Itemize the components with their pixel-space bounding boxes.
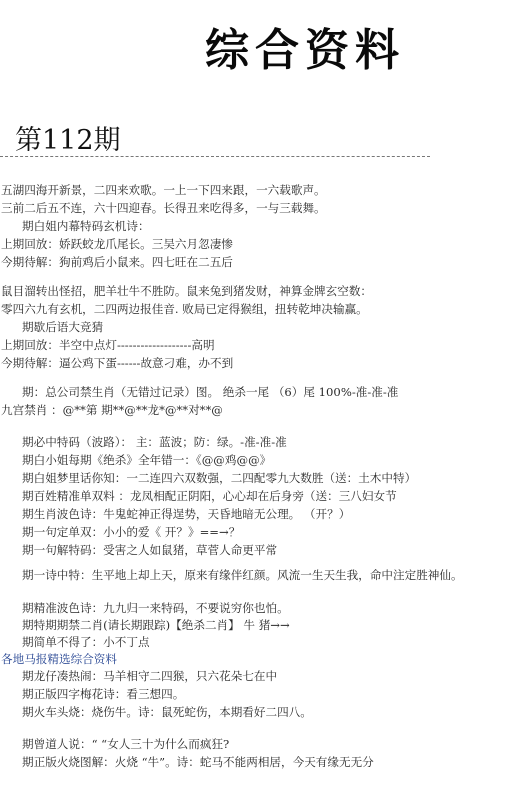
list-item: 期曾道人说：“ “女人三十为什么而疯狂?: [22, 736, 229, 752]
poem2-line: 鼠目溜转出怪招，肥羊壮牛不胜防。鼠来兔到猪发财，神算金牌玄空数：: [1, 283, 372, 299]
issue-number: 第112期: [15, 118, 121, 157]
poem-line: 五湖四海开新景，二四来欢歌。一上一下四来跟，一六载歌声。: [1, 182, 326, 198]
list-item: 期百姓精准单双料 ：龙凤相配正阴阳，心心却在后身旁（送：三八妇女节: [22, 488, 397, 504]
list-item: 期精准波色诗：九九归一来特码，不要说穷你也怕。: [22, 600, 289, 616]
list-item: 期一句解特码：受害之人如鼠猪，草菅人命更平常: [22, 542, 277, 558]
jiugong-line: 九宫禁肖 ：@**第 期**@**龙*@**对**@: [1, 402, 223, 418]
maobao-title: 各地马报精选综合资料: [1, 651, 117, 667]
xiehouyu-prev: 上期回放：半空中点灯-------------------高明: [1, 337, 215, 353]
divider: [0, 156, 430, 157]
poem-line: 三前二后五不连，六十四迎春。长得丑来吃得多，一与三载舞。: [1, 200, 326, 216]
company-line: 期：总公司禁生肖（无错过记录）图。 绝杀一尾 （6）尾 100%-准-准-准: [22, 384, 398, 400]
page-title: 综合资料: [205, 14, 405, 78]
baijie-prev: 上期回放：娇跃蛟龙爪尾长。三吴六月忽凄惨: [1, 236, 233, 252]
list-item: 期白小姐每期《绝杀》全年错一：《@@鸡@@》: [22, 452, 271, 468]
list-item: 期火车头烧：烧伤牛。诗：鼠死蛇伤，本期看好二四八。: [22, 704, 312, 720]
poem-special: 期一诗中特：生平地上却上天，原来有缘伴红颜。风流一生天生我，命中注定胜神仙。: [22, 567, 463, 583]
xiehouyu-now: 今期待解：逼公鸡下蛋------故意刁难，办不到: [1, 355, 233, 371]
list-item: 期特期期禁二肖(请长期跟踪)【绝杀二肖】 牛 猪→→: [22, 617, 290, 633]
list-item: 期生肖波色诗：牛鬼蛇神正得逞势，天昏地暗无公理。 （开？）: [22, 506, 350, 522]
list-item: 期正版四字梅花诗：看三想四。: [22, 686, 184, 702]
list-item: 期正版火烧图解：火烧 “牛”。诗：蛇马不能两相居，今天有缘无无分: [22, 754, 374, 770]
poem2-line: 零四六九有玄机，二四两边报佳音. 败局已定得猴组，扭转乾坤决输赢。: [1, 301, 368, 317]
list-item: 期一句定单双：小小的爱《 开？》==→？: [22, 524, 240, 540]
list-item: 期简单不得了：小不丁点: [22, 634, 150, 650]
baijie-now: 今期待解：狗前鸡后小鼠来。四七旺在二五后: [1, 254, 233, 270]
list-item: 期必中特码（波路）： 主：蓝波；防：绿。-准-准-准: [22, 434, 287, 450]
xiehouyu-title: 期歇后语大竞猜: [22, 319, 103, 335]
list-item: 期龙仔凑热闹：马羊相守二四猴，只六花朵七在中: [22, 668, 277, 684]
list-item: 期白姐梦里话你知：一二连四六双数强，二四配零九大数胜（送：土木中特）: [22, 470, 416, 486]
baijie-title: 期白姐内幕特码玄机诗：: [22, 218, 150, 234]
